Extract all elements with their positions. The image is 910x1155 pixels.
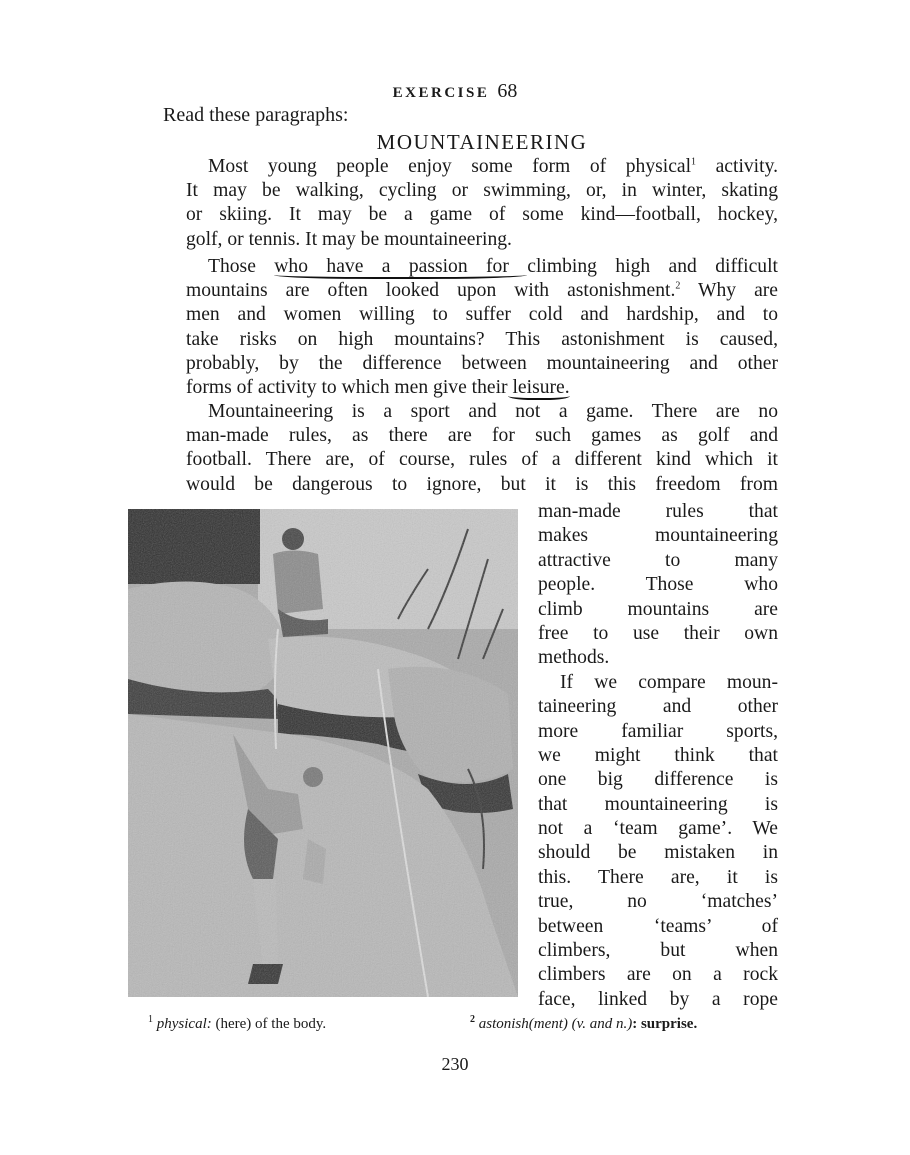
footnote-1: 1 physical: (here) of the body. xyxy=(148,1016,326,1033)
paragraph-line: makes mountaineering xyxy=(538,524,778,548)
paragraph-line: face, linked by a rope xyxy=(538,988,778,1012)
footnote-term: astonish(ment) (v. and n.) xyxy=(479,1016,632,1032)
paragraph-line: probably, by the difference between moun… xyxy=(186,352,778,376)
paragraph-line: taineering and other xyxy=(538,695,778,719)
right-column-text: man-made rules that makes mountaineering… xyxy=(538,500,778,1012)
paragraph-line: true, no ‘matches’ xyxy=(538,890,778,914)
paragraph-line: Mountaineering is a sport and not a game… xyxy=(186,400,778,424)
paragraph-line: Most young people enjoy some form of phy… xyxy=(186,155,778,179)
paragraph-line: It may be walking, cycling or swimming, … xyxy=(186,179,778,203)
paragraph-line: methods. xyxy=(538,646,778,670)
exercise-number: 68 xyxy=(497,80,517,102)
paragraph-line: this. There are, it is xyxy=(538,866,778,890)
paragraph-1: Most young people enjoy some form of phy… xyxy=(186,155,778,252)
paragraph-line: should be mistaken in xyxy=(538,841,778,865)
paragraph-line: free to use their own xyxy=(538,622,778,646)
paragraph-line: not a ‘team game’. We xyxy=(538,817,778,841)
paragraph-line: attractive to many xyxy=(538,549,778,573)
paragraph-line: would be dangerous to ignore, but it is … xyxy=(186,473,778,497)
paragraph-line: men and women willing to suffer cold and… xyxy=(186,303,778,327)
climbers-photograph xyxy=(128,509,518,997)
paragraph-2: Those who have a passion for climbing hi… xyxy=(186,255,778,400)
exercise-label: EXERCISE xyxy=(393,85,490,101)
paragraph-line: climbers, but when xyxy=(538,939,778,963)
photo-image xyxy=(128,509,518,997)
page-number: 230 xyxy=(0,1054,910,1075)
footnote-2: 2 astonish(ment) (v. and n.): surprise. xyxy=(470,1016,697,1033)
handwritten-underline: who have a passion for xyxy=(274,256,527,279)
paragraph-line: man-made rules, as there are for such ga… xyxy=(186,424,778,448)
paragraph-line: climb mountains are xyxy=(538,598,778,622)
paragraph-3: Mountaineering is a sport and not a game… xyxy=(186,400,778,497)
paragraph-line: that mountaineering is xyxy=(538,793,778,817)
exercise-heading: EXERCISE68 xyxy=(0,80,910,103)
paragraph-line: football. There are, of course, rules of… xyxy=(186,448,778,472)
paragraph-line: climbers are on a rock xyxy=(538,963,778,987)
paragraph-line: Those who have a passion for climbing hi… xyxy=(186,255,778,279)
paragraph-line: between ‘teams’ of xyxy=(538,915,778,939)
footnote-term: physical: xyxy=(157,1016,212,1032)
paragraph-line: we might think that xyxy=(538,744,778,768)
paragraph-line: man-made rules that xyxy=(538,500,778,524)
handwritten-underline: leisure. xyxy=(508,377,570,400)
paragraph-line: golf, or tennis. It may be mountaineerin… xyxy=(186,228,778,252)
paragraph-line: one big difference is xyxy=(538,768,778,792)
paragraph-line: or skiing. It may be a game of some kind… xyxy=(186,203,778,227)
paragraph-line: forms of activity to which men give thei… xyxy=(186,376,778,400)
paragraph-line: more familiar sports, xyxy=(538,720,778,744)
paragraph-line: If we compare moun- xyxy=(538,671,778,695)
instruction: Read these paragraphs: xyxy=(163,104,348,127)
paragraph-line: people. Those who xyxy=(538,573,778,597)
paragraph-line: mountains are often looked upon with ast… xyxy=(186,279,778,303)
page-title: MOUNTAINEERING xyxy=(186,130,778,155)
paragraph-line: take risks on high mountains? This aston… xyxy=(186,328,778,352)
